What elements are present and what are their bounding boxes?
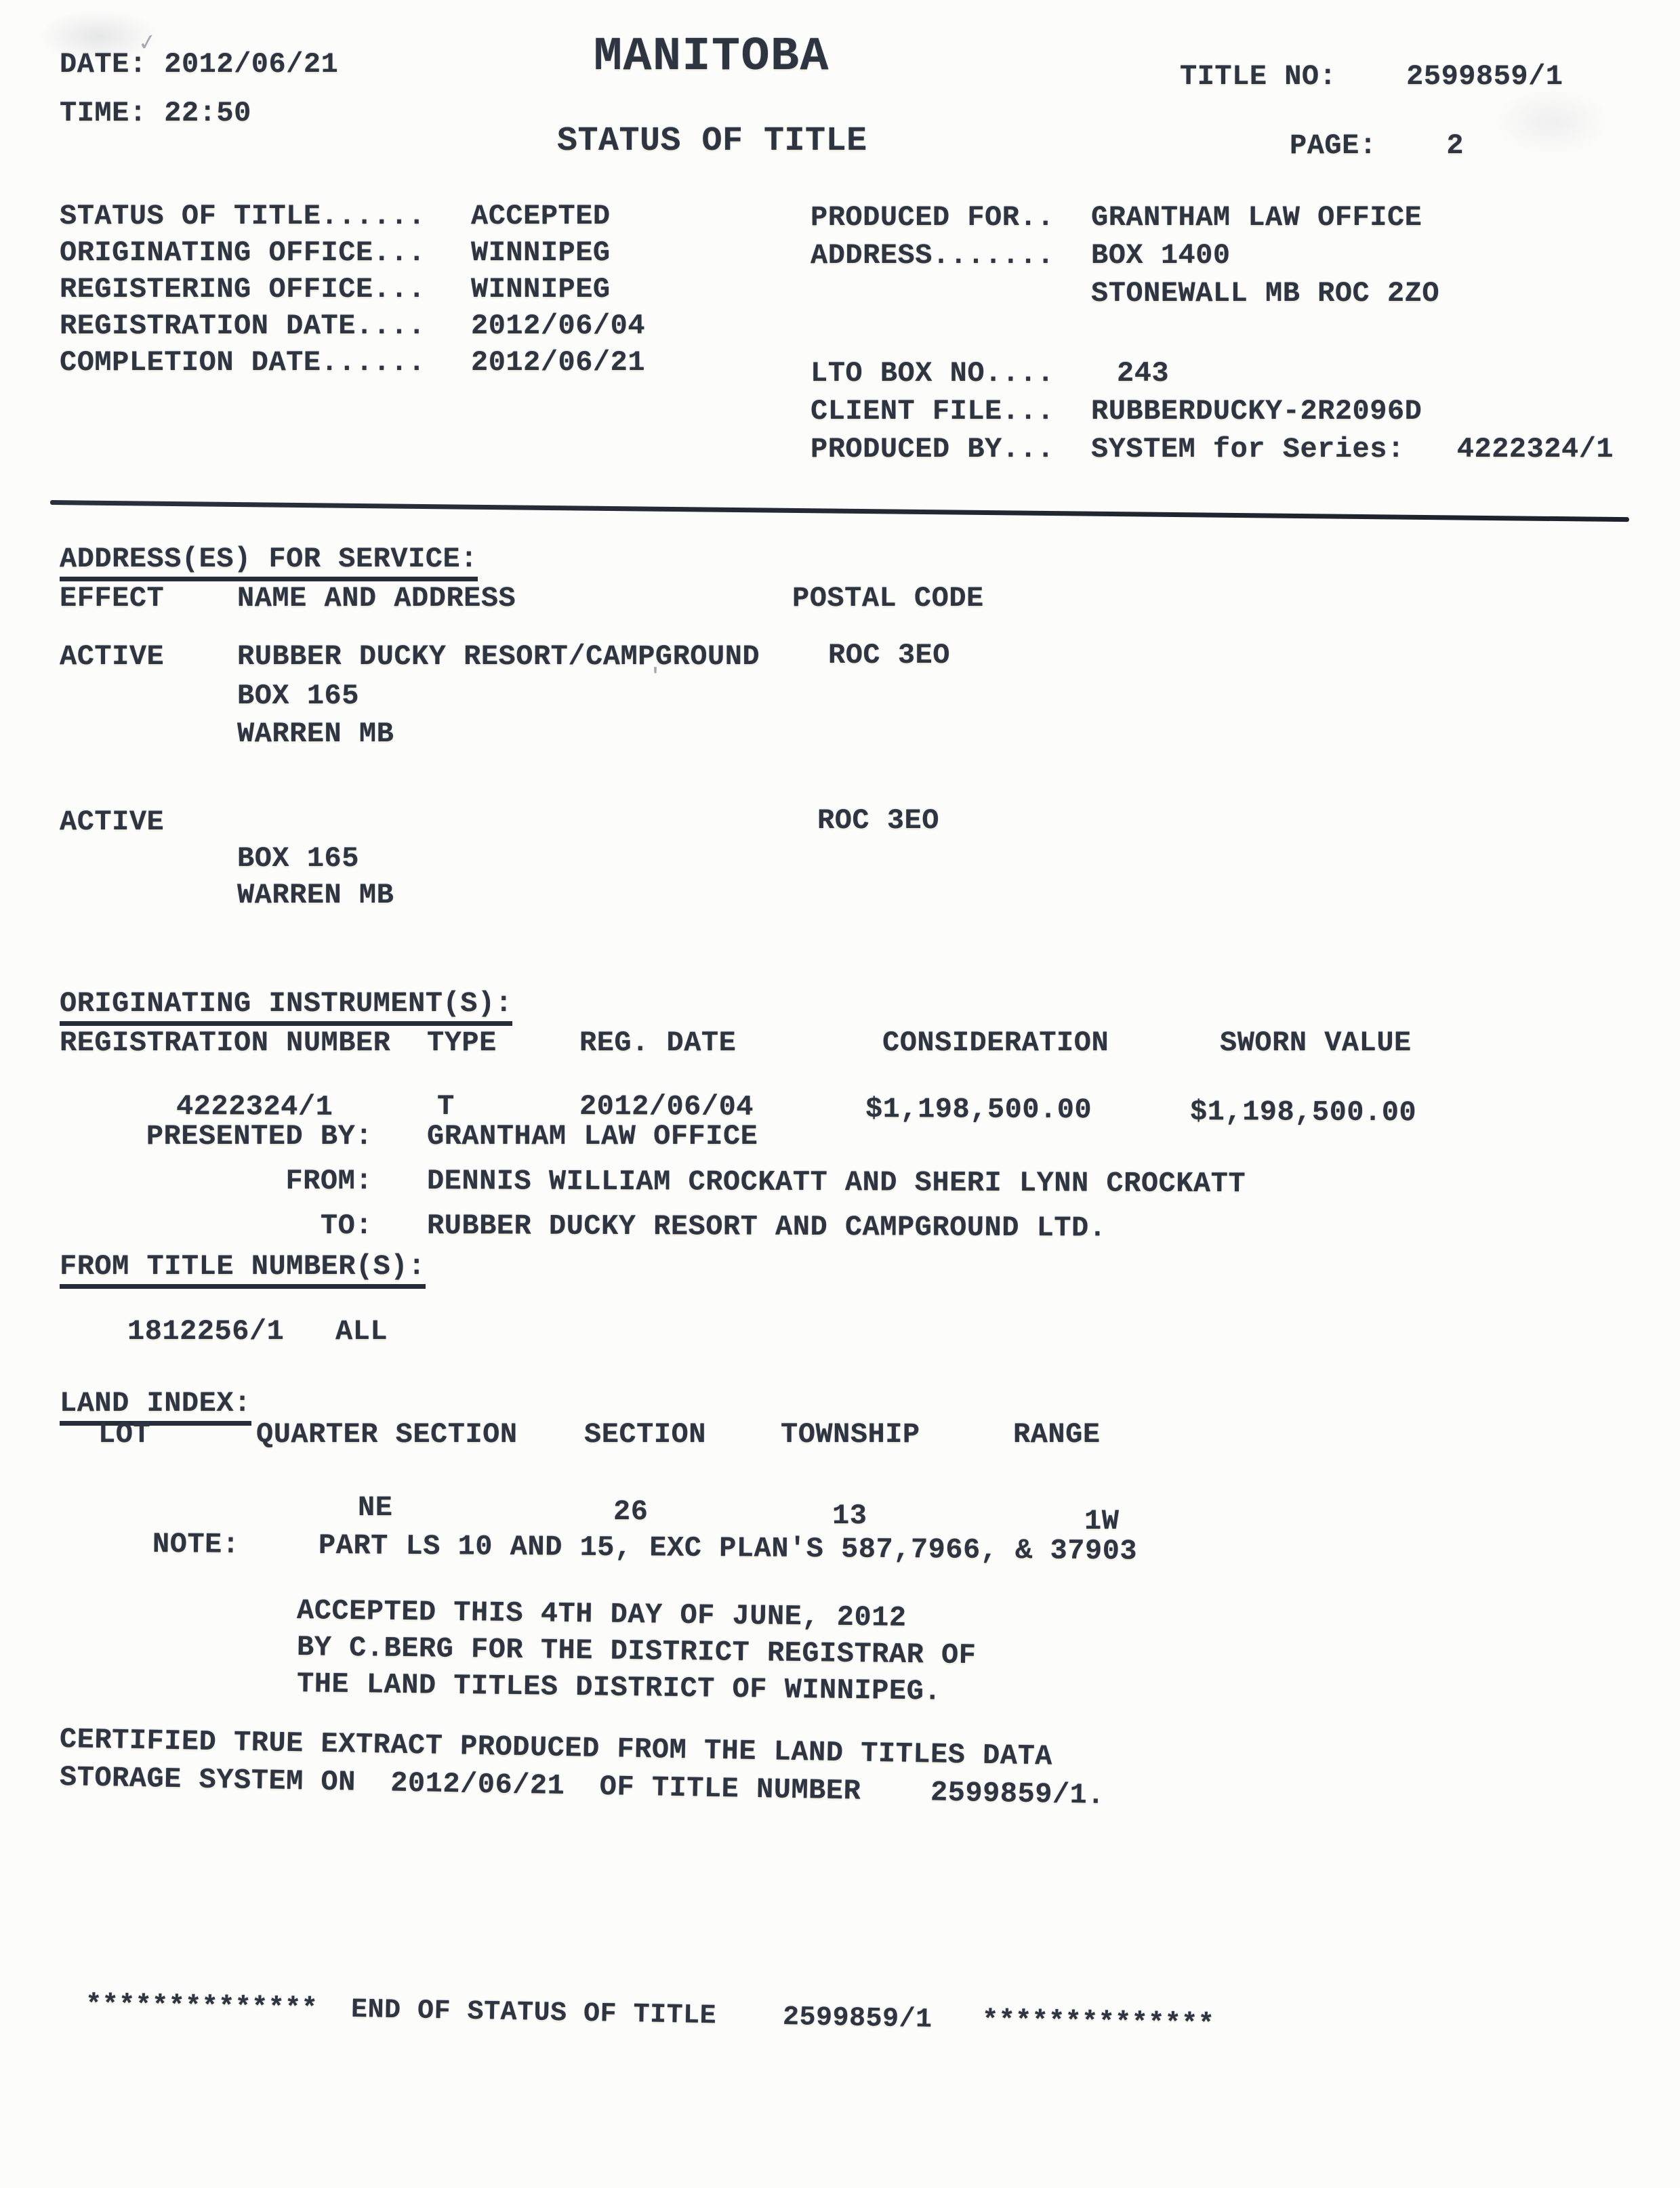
status-row-value: 2012/06/04 [471,312,645,340]
end-of-title-line: ************** END OF STATUS OF TITLE 25… [85,1992,1215,2039]
instrument-reg-no: 4222324/1 [176,1092,333,1121]
to-party: RUBBER DUCKY RESORT AND CAMPGROUND LTD. [427,1212,1107,1242]
col-name-address: NAME AND ADDRESS [237,584,516,613]
status-row-label: COMPLETION DATE...... [60,348,426,377]
produced-by-value: SYSTEM for Series: 4222324/1 [1091,435,1614,463]
status-row-value: 2012/06/21 [471,348,645,377]
stars-left: ************** [85,1990,319,2025]
status-row-value: WINNIPEG [471,275,611,304]
entry-effect: ACTIVE [60,808,164,836]
title-no-label: TITLE NO: [1180,60,1336,93]
title-no-line: TITLE NO: 2599859/1 [1180,62,1563,91]
col-range: RANGE [1013,1420,1101,1449]
instrument-reg-date: 2012/06/04 [579,1092,754,1121]
presented-by-value: GRANTHAM LAW OFFICE [427,1122,758,1151]
col-reg-date: REG. DATE [579,1029,736,1057]
page-label: PAGE: [1290,129,1377,162]
client-file-value: RUBBERDUCKY-2R2096D [1091,397,1422,426]
status-row-value: WINNIPEG [471,239,611,267]
from-title-number: 1812256/1 [127,1317,284,1346]
instrument-sworn-value: $1,198,500.00 [1190,1098,1416,1127]
scanned-status-of-title-document: ✓ ' DATE: 2012/06/21 TIME: 22:50 MANITOB… [0,0,1680,2188]
acceptance-line: BY C.BERG FOR THE DISTRICT REGISTRAR OF [297,1633,977,1670]
document-title: STATUS OF TITLE [557,125,867,159]
time-line: TIME: 22:50 [60,99,251,127]
col-section: SECTION [584,1420,706,1449]
service-addresses-title: ADDRESS(ES) FOR SERVICE: [60,545,478,581]
from-title-portion: ALL [335,1317,388,1346]
from-label: FROM: [60,1167,373,1195]
date-line: DATE: 2012/06/21 [60,50,338,79]
address-line1: BOX 1400 [1091,241,1231,270]
page-line: PAGE: 2 [1290,131,1464,160]
entry-name: RUBBER DUCKY RESORT/CAMPGROUND [237,642,760,671]
produced-for-value: GRANTHAM LAW OFFICE [1091,203,1422,232]
land-range: 1W [1084,1507,1119,1535]
col-sworn-value: SWORN VALUE [1220,1029,1412,1057]
col-type: TYPE [427,1029,497,1057]
stars-right: ************** [982,2006,1215,2040]
lto-box-label: LTO BOX NO.... [811,359,1054,388]
status-row-label: REGISTERING OFFICE... [60,275,426,304]
entry-address-line: BOX 165 [237,682,359,710]
col-lot: LOT [98,1420,150,1449]
land-quarter-section: NE [358,1493,392,1522]
address-line2: STONEWALL MB ROC 2ZO [1091,279,1439,308]
col-effect: EFFECT [60,584,164,613]
land-section: 26 [613,1498,648,1526]
address-label: ADDRESS....... [811,241,1054,270]
lto-box-value: 243 [1117,359,1169,388]
entry-effect: ACTIVE [60,642,164,671]
entry-postal: ROC 3EO [817,806,939,835]
instrument-consideration: $1,198,500.00 [865,1095,1092,1124]
col-quarter-section: QUARTER SECTION [256,1420,518,1449]
entry-postal: ROC 3EO [828,641,950,669]
from-title-numbers-title: FROM TITLE NUMBER(S): [60,1252,426,1289]
col-registration-number: REGISTRATION NUMBER [60,1029,390,1057]
time-label: TIME: [60,97,147,129]
status-row-label: STATUS OF TITLE...... [60,202,426,230]
col-township: TOWNSHIP [781,1420,920,1449]
land-index-title: LAND INDEX: [60,1389,251,1426]
produced-by-label: PRODUCED BY... [811,435,1054,463]
land-note-text: PART LS 10 AND 15, EXC PLAN'S 587,7966, … [319,1531,1137,1565]
land-township: 13 [832,1502,867,1530]
entry-address-line: WARREN MB [237,881,394,909]
scan-smudge [1488,85,1616,159]
col-postal-code: POSTAL CODE [792,584,984,613]
acceptance-line: ACCEPTED THIS 4TH DAY OF JUNE, 2012 [297,1596,907,1632]
acceptance-line: THE LAND TITLES DISTRICT OF WINNIPEG. [297,1670,942,1706]
to-label: TO: [60,1212,373,1240]
instrument-type: T [437,1092,455,1121]
province-title: MANITOBA [594,34,829,81]
status-row-label: ORIGINATING OFFICE... [60,239,426,267]
entry-address-line: WARREN MB [237,720,394,748]
produced-for-label: PRODUCED FOR.. [811,203,1054,232]
presented-by-label: PRESENTED BY: [60,1122,373,1151]
section-divider-rule [50,500,1629,522]
originating-instruments-title: ORIGINATING INSTRUMENT(S): [60,989,512,1026]
land-note-label: NOTE: [152,1530,240,1559]
page-value: 2 [1446,129,1464,162]
client-file-label: CLIENT FILE... [811,397,1054,426]
date-value: 2012/06/21 [164,48,338,81]
from-party: DENNIS WILLIAM CROCKATT AND SHERI LYNN C… [427,1167,1246,1198]
end-of-title-number: 2599859/1 [783,2002,933,2036]
date-label: DATE: [60,48,147,81]
entry-address-line: BOX 165 [237,844,359,873]
status-row-value: ACCEPTED [471,202,611,230]
end-of-title-label: END OF STATUS OF TITLE [351,1995,717,2031]
col-consideration: CONSIDERATION [882,1029,1109,1057]
title-no-value: 2599859/1 [1406,60,1563,93]
time-value: 22:50 [164,97,251,129]
status-row-label: REGISTRATION DATE.... [60,312,426,340]
